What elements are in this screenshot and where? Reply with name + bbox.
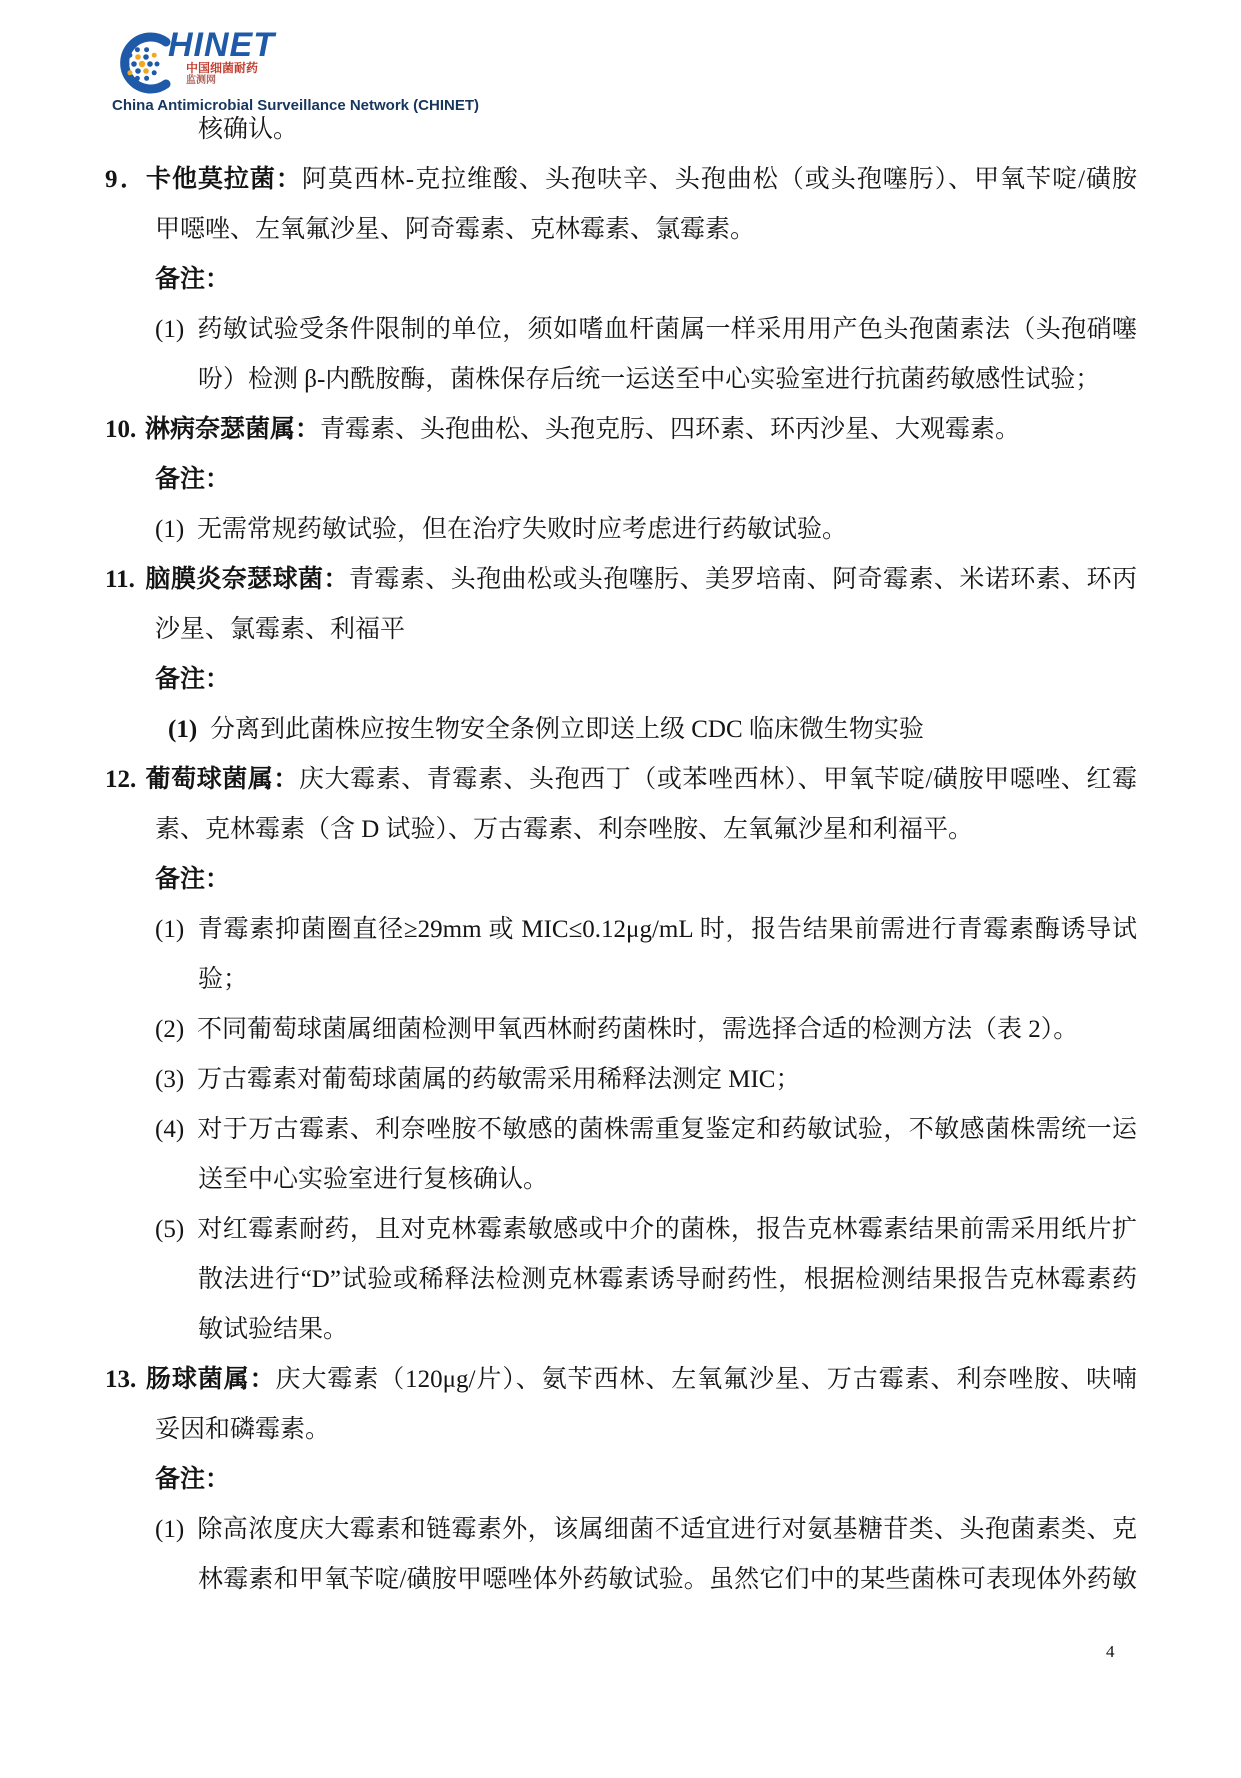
item-number: 12. — [105, 755, 145, 805]
line-text: 药敏试验受条件限制的单位，须如嗜血杆菌属一样采用用产色头孢菌素法（头孢硝噻 — [197, 316, 1137, 343]
text-line: 甲噁唑、左氧氟沙星、阿奇霉素、克林霉素、氯霉素。 — [105, 205, 1137, 255]
text-line: 素、克林霉素（含 D 试验）、万古霉素、利奈唑胺、左氧氟沙星和利福平。 — [105, 805, 1137, 855]
line-text: 林霉素和甲氧苄啶/磺胺甲噁唑体外药敏试验。虽然它们中的某些菌株可表现体外药敏 — [198, 1566, 1137, 1593]
note-number: (1) — [168, 705, 210, 755]
line-text: 验； — [198, 966, 248, 993]
line-text: 吩）检测 β-内酰胺酶，菌株保存后统一运送至中心实验室进行抗菌药敏感性试验； — [198, 366, 1100, 393]
line-text: 沙星、氯霉素、利福平 — [155, 616, 405, 643]
line-text: 除高浓度庆大霉素和链霉素外，该属细菌不适宜进行对氨基糖苷类、头孢菌素类、克 — [197, 1516, 1137, 1543]
document-page: HINET 中国细菌耐药 监测网 China Antimicrobial Sur… — [0, 0, 1241, 1778]
text-line: 沙星、氯霉素、利福平 — [105, 605, 1137, 655]
item-number: 11. — [105, 555, 145, 605]
item-number: 9． — [105, 155, 145, 205]
text-line: 妥因和磷霉素。 — [105, 1405, 1137, 1455]
line-text: 妥因和磷霉素。 — [155, 1416, 330, 1443]
page-number: 4 — [1106, 1642, 1115, 1662]
text-line: 备注： — [105, 655, 1137, 705]
line-text: 素、克林霉素（含 D 试验）、万古霉素、利奈唑胺、左氧氟沙星和利福平。 — [155, 816, 973, 843]
text-line: 送至中心实验室进行复核确认。 — [105, 1155, 1137, 1205]
note-number: (4) — [155, 1105, 197, 1155]
line-text: 青霉素、头孢曲松、头孢克肟、四环素、环丙沙星、大观霉素。 — [320, 416, 1020, 443]
text-line: (3)万古霉素对葡萄球菌属的药敏需采用稀释法测定 MIC； — [105, 1055, 1137, 1105]
text-line: 13.肠球菌属：庆大霉素（120μg/片）、氨苄西林、左氧氟沙星、万古霉素、利奈… — [105, 1355, 1137, 1405]
text-line: (1)无需常规药敏试验，但在治疗失败时应考虑进行药敏试验。 — [105, 505, 1137, 555]
text-line: 10.淋病奈瑟菌属：青霉素、头孢曲松、头孢克肟、四环素、环丙沙星、大观霉素。 — [105, 405, 1137, 455]
line-text: 万古霉素对葡萄球菌属的药敏需采用稀释法测定 MIC； — [197, 1066, 800, 1093]
line-text: 对红霉素耐药，且对克林霉素敏感或中介的菌株，报告克林霉素结果前需采用纸片扩 — [197, 1216, 1137, 1243]
text-line: (4)对于万古霉素、利奈唑胺不敏感的菌株需重复鉴定和药敏试验，不敏感菌株需统一运 — [105, 1105, 1137, 1155]
line-text: 不同葡萄球菌属细菌检测甲氧西林耐药菌株时，需选择合适的检测方法（表 2）。 — [197, 1016, 1078, 1043]
text-line: 吩）检测 β-内酰胺酶，菌株保存后统一运送至中心实验室进行抗菌药敏感性试验； — [105, 355, 1137, 405]
line-text: 无需常规药敏试验，但在治疗失败时应考虑进行药敏试验。 — [197, 516, 847, 543]
text-line: 备注： — [105, 455, 1137, 505]
text-line: 备注： — [105, 855, 1137, 905]
text-line: (1)除高浓度庆大霉素和链霉素外，该属细菌不适宜进行对氨基糖苷类、头孢菌素类、克 — [105, 1505, 1137, 1555]
text-line: (1)药敏试验受条件限制的单位，须如嗜血杆菌属一样采用用产色头孢菌素法（头孢硝噻 — [105, 305, 1137, 355]
text-line: 验； — [105, 955, 1137, 1005]
chinet-logo: HINET 中国细菌耐药 监测网 — [112, 28, 275, 98]
logo-cn-line2: 监测网 — [186, 75, 275, 86]
line-text: 分离到此菌株应按生物安全条例立即送上级 CDC 临床微生物实验 — [210, 716, 924, 743]
line-text: 核确认。 — [198, 116, 298, 143]
text-line: (2)不同葡萄球菌属细菌检测甲氧西林耐药菌株时，需选择合适的检测方法（表 2）。 — [105, 1005, 1137, 1055]
note-number: (5) — [155, 1205, 197, 1255]
line-text: 备注： — [155, 666, 230, 693]
line-text: 阿莫西林-克拉维酸、头孢呋辛、头孢曲松（或头孢噻肟）、甲氧苄啶/磺胺 — [302, 166, 1137, 193]
text-line: 散法进行“D”试验或稀释法检测克林霉素诱导耐药性，根据检测结果报告克林霉素药 — [105, 1255, 1137, 1305]
line-text: 散法进行“D”试验或稀释法检测克林霉素诱导耐药性，根据检测结果报告克林霉素药 — [198, 1266, 1137, 1293]
text-line: 林霉素和甲氧苄啶/磺胺甲噁唑体外药敏试验。虽然它们中的某些菌株可表现体外药敏 — [105, 1555, 1137, 1605]
line-text: 青霉素、头孢曲松或头孢噻肟、美罗培南、阿奇霉素、米诺环素、环丙 — [349, 566, 1137, 593]
item-number: 13. — [105, 1355, 145, 1405]
text-line: 备注： — [105, 255, 1137, 305]
line-text: 甲噁唑、左氧氟沙星、阿奇霉素、克林霉素、氯霉素。 — [155, 216, 755, 243]
item-title: 卡他莫拉菌： — [145, 166, 302, 193]
text-line: (5)对红霉素耐药，且对克林霉素敏感或中介的菌株，报告克林霉素结果前需采用纸片扩 — [105, 1205, 1137, 1255]
line-text: 备注： — [155, 1466, 230, 1493]
line-text: 送至中心实验室进行复核确认。 — [198, 1166, 548, 1193]
logo-text-block: HINET 中国细菌耐药 监测网 — [168, 28, 275, 86]
text-line: 敏试验结果。 — [105, 1305, 1137, 1355]
text-line: 核确认。 — [105, 105, 1137, 155]
note-number: (1) — [155, 905, 197, 955]
document-body: 核确认。9．卡他莫拉菌：阿莫西林-克拉维酸、头孢呋辛、头孢曲松（或头孢噻肟）、甲… — [105, 105, 1137, 1605]
line-text: 对于万古霉素、利奈唑胺不敏感的菌株需重复鉴定和药敏试验，不敏感菌株需统一运 — [197, 1116, 1137, 1143]
line-text: 备注： — [155, 266, 230, 293]
item-title: 葡萄球菌属： — [145, 766, 299, 793]
note-number: (2) — [155, 1005, 197, 1055]
text-line: 9．卡他莫拉菌：阿莫西林-克拉维酸、头孢呋辛、头孢曲松（或头孢噻肟）、甲氧苄啶/… — [105, 155, 1137, 205]
item-title: 脑膜炎奈瑟球菌： — [145, 566, 349, 593]
item-title: 肠球菌属： — [145, 1366, 276, 1393]
text-line: 备注： — [105, 1455, 1137, 1505]
item-number: 10. — [105, 405, 145, 455]
text-line: 11.脑膜炎奈瑟球菌：青霉素、头孢曲松或头孢噻肟、美罗培南、阿奇霉素、米诺环素、… — [105, 555, 1137, 605]
line-text: 青霉素抑菌圈直径≥29mm 或 MIC≤0.12μg/mL 时，报告结果前需进行… — [197, 916, 1137, 943]
note-number: (1) — [155, 305, 197, 355]
text-line: (1)青霉素抑菌圈直径≥29mm 或 MIC≤0.12μg/mL 时，报告结果前… — [105, 905, 1137, 955]
line-text: 敏试验结果。 — [198, 1316, 348, 1343]
text-line: 12.葡萄球菌属：庆大霉素、青霉素、头孢西丁（或苯唑西林）、甲氧苄啶/磺胺甲噁唑… — [105, 755, 1137, 805]
line-text: 庆大霉素、青霉素、头孢西丁（或苯唑西林）、甲氧苄啶/磺胺甲噁唑、红霉 — [299, 766, 1137, 793]
note-number: (3) — [155, 1055, 197, 1105]
line-text: 备注： — [155, 866, 230, 893]
note-number: (1) — [155, 1505, 197, 1555]
note-number: (1) — [155, 505, 197, 555]
line-text: 备注： — [155, 466, 230, 493]
text-line: (1)分离到此菌株应按生物安全条例立即送上级 CDC 临床微生物实验 — [105, 705, 1137, 755]
line-text: 庆大霉素（120μg/片）、氨苄西林、左氧氟沙星、万古霉素、利奈唑胺、呋喃 — [276, 1366, 1137, 1393]
logo-brand-text: HINET — [168, 28, 275, 62]
item-title: 淋病奈瑟菌属： — [145, 416, 320, 443]
